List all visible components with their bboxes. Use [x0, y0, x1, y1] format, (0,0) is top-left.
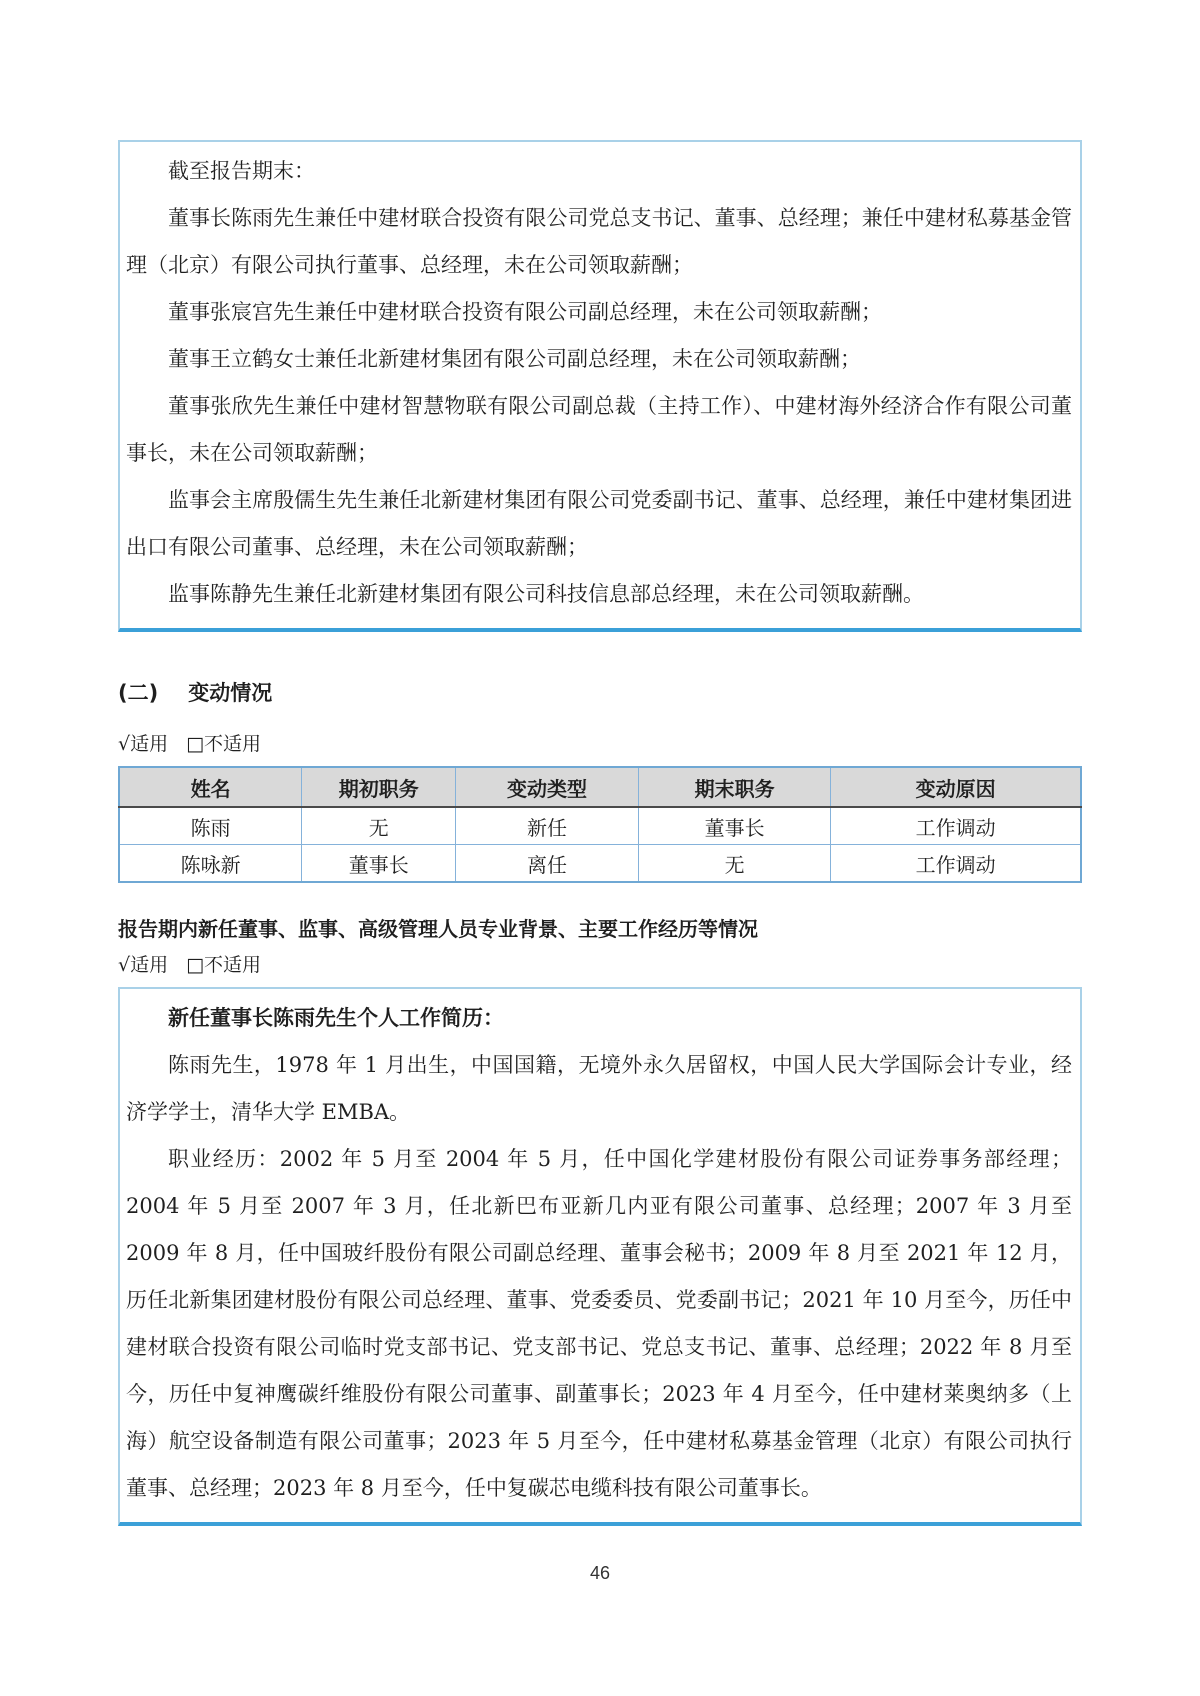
section-title: 变动情况 — [188, 681, 272, 705]
tenure-paragraph: 董事王立鹤女士兼任北新建材集团有限公司副总经理，未在公司领取薪酬； — [126, 336, 1072, 383]
resume-paragraph-list: 陈雨先生，1978 年 1 月出生，中国国籍，无境外永久居留权，中国人民大学国际… — [126, 1042, 1072, 1512]
table-header-cell: 变动原因 — [831, 767, 1081, 807]
table-header-cell: 变动类型 — [456, 767, 639, 807]
table-cell: 无 — [638, 845, 830, 883]
tenure-summary-box: 截至报告期末：董事长陈雨先生兼任中建材联合投资有限公司党总支书记、董事、总经理；… — [118, 140, 1082, 632]
resume-paragraph: 陈雨先生，1978 年 1 月出生，中国国籍，无境外永久居留权，中国人民大学国际… — [126, 1042, 1072, 1136]
table-cell: 离任 — [456, 845, 639, 883]
not-applicable-option: □不适用 — [186, 954, 261, 976]
table-header-row: 姓名期初职务变动类型期末职务变动原因 — [119, 767, 1081, 807]
resume-paragraph: 职业经历：2002 年 5 月至 2004 年 5 月，任中国化学建材股份有限公… — [126, 1136, 1072, 1512]
section-index: (二) — [118, 678, 158, 708]
table-cell: 陈雨 — [119, 807, 302, 845]
table-header-cell: 姓名 — [119, 767, 302, 807]
table-cell: 陈咏新 — [119, 845, 302, 883]
change-table: 姓名期初职务变动类型期末职务变动原因 陈雨 无 新任 董事长 工作调动 陈咏新 … — [118, 766, 1082, 883]
table-row: 陈雨 无 新任 董事长 工作调动 — [119, 807, 1081, 845]
tenure-paragraph: 董事张欣先生兼任中建材智慧物联有限公司副总裁（主持工作）、中建材海外经济合作有限… — [126, 383, 1072, 477]
not-applicable-option: □不适用 — [186, 733, 261, 755]
table-cell: 董事长 — [638, 807, 830, 845]
table-header-cell: 期末职务 — [638, 767, 830, 807]
table-cell: 工作调动 — [831, 807, 1081, 845]
change-table-body: 陈雨 无 新任 董事长 工作调动 陈咏新 董事长 离任 无 工作调动 — [119, 807, 1081, 882]
tenure-paragraph: 截至报告期末： — [126, 148, 1072, 195]
applicability-line-background: √适用□不适用 — [118, 951, 1082, 979]
resume-box: 新任董事长陈雨先生个人工作简历： 陈雨先生，1978 年 1 月出生，中国国籍，… — [118, 987, 1082, 1526]
table-cell: 董事长 — [302, 845, 456, 883]
resume-box-title: 新任董事长陈雨先生个人工作简历： — [126, 995, 1072, 1042]
table-cell: 工作调动 — [831, 845, 1081, 883]
tenure-paragraph: 监事陈静先生兼任北新建材集团有限公司科技信息部总经理，未在公司领取薪酬。 — [126, 571, 1072, 618]
tenure-paragraph: 监事会主席殷儒生先生兼任北新建材集团有限公司党委副书记、董事、总经理，兼任中建材… — [126, 477, 1072, 571]
table-cell: 无 — [302, 807, 456, 845]
applicable-option: √适用 — [118, 954, 168, 976]
document-page: 截至报告期末：董事长陈雨先生兼任中建材联合投资有限公司党总支书记、董事、总经理；… — [0, 0, 1200, 1696]
table-header-cell: 期初职务 — [302, 767, 456, 807]
tenure-paragraph-list: 截至报告期末：董事长陈雨先生兼任中建材联合投资有限公司党总支书记、董事、总经理；… — [126, 148, 1072, 618]
tenure-paragraph: 董事张宸宫先生兼任中建材联合投资有限公司副总经理，未在公司领取薪酬； — [126, 289, 1072, 336]
page-number: 46 — [0, 1563, 1200, 1584]
background-heading: 报告期内新任董事、监事、高级管理人员专业背景、主要工作经历等情况 — [118, 915, 1082, 943]
table-cell: 新任 — [456, 807, 639, 845]
tenure-paragraph: 董事长陈雨先生兼任中建材联合投资有限公司党总支书记、董事、总经理；兼任中建材私募… — [126, 195, 1072, 289]
section-heading-change: (二)变动情况 — [118, 678, 1082, 708]
table-row: 陈咏新 董事长 离任 无 工作调动 — [119, 845, 1081, 883]
change-table-head: 姓名期初职务变动类型期末职务变动原因 — [119, 767, 1081, 807]
applicable-option: √适用 — [118, 733, 168, 755]
applicability-line-change: √适用□不适用 — [118, 730, 1082, 758]
